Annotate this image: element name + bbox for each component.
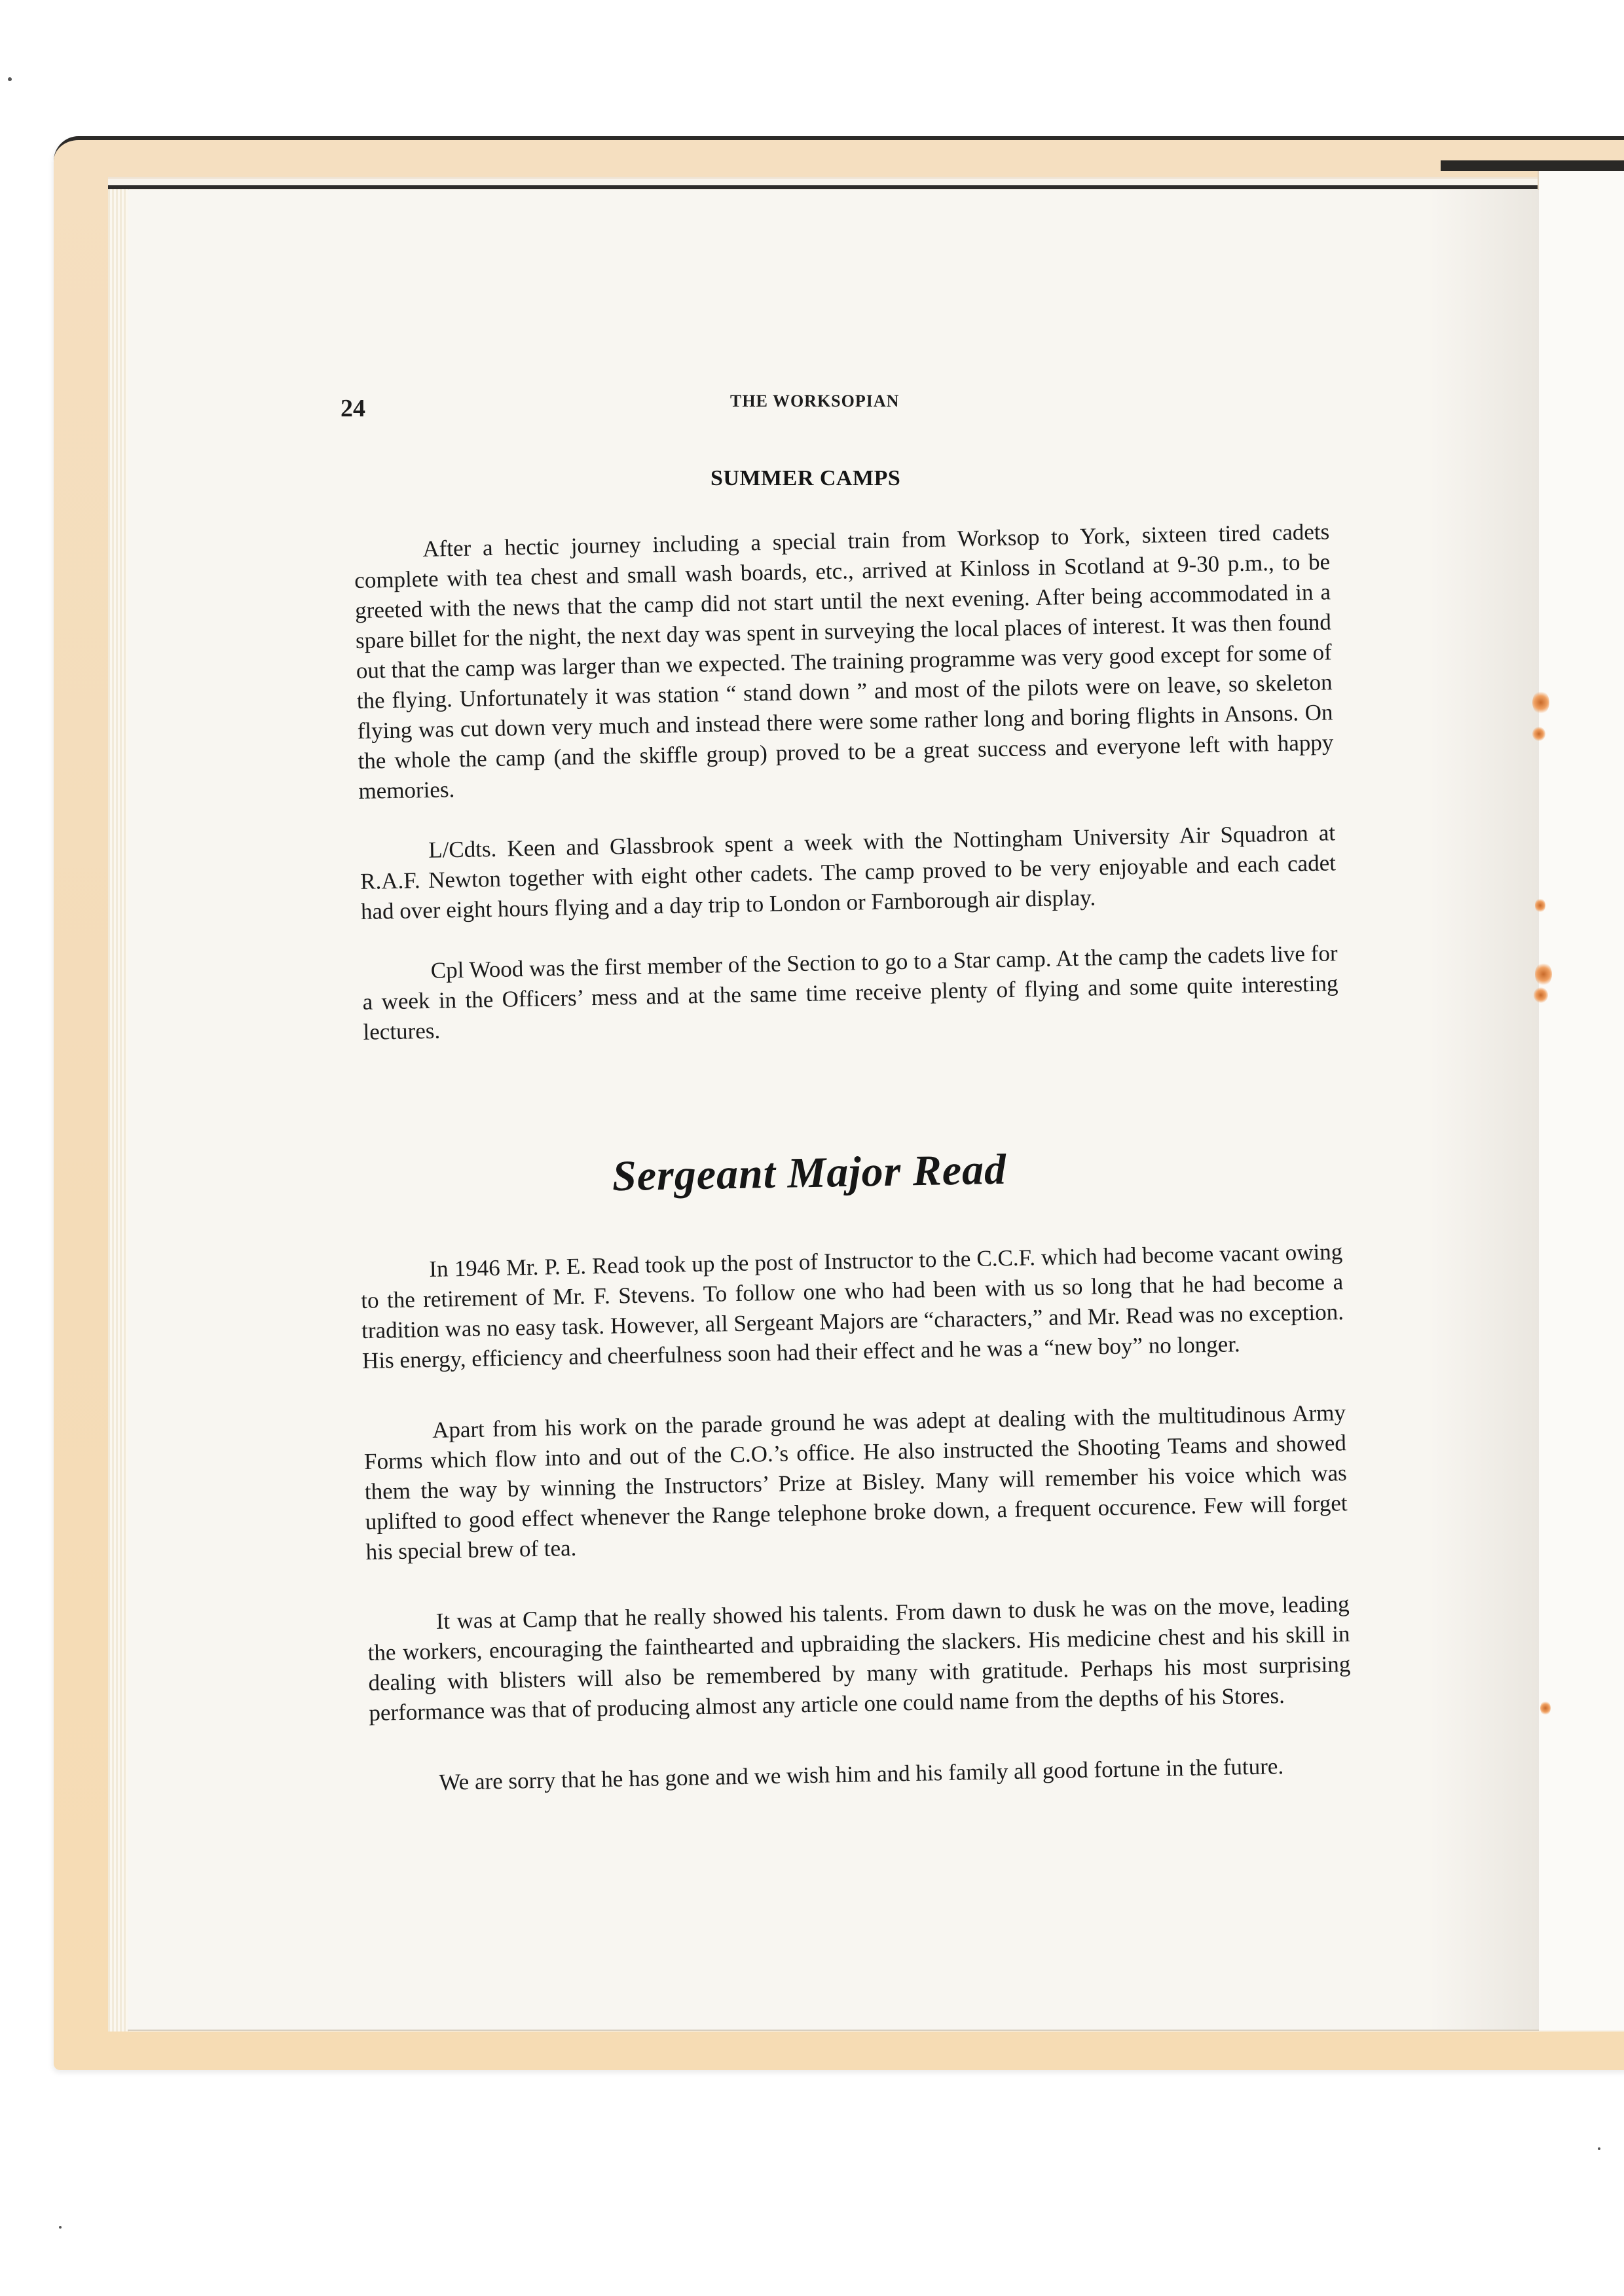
- section-heading-summer-camps: SUMMER CAMPS: [710, 466, 900, 491]
- page-number: 24: [341, 394, 365, 423]
- paragraph: Apart from his work on the parade ground…: [363, 1398, 1348, 1567]
- summer-camps-body: After a hectic journey including a speci…: [354, 517, 1339, 1047]
- sergeant-major-read-body: In 1946 Mr. P. E. Read took up the post …: [360, 1237, 1353, 1799]
- facing-page-edge: [1538, 171, 1624, 2030]
- scan-speck: [59, 2226, 62, 2229]
- scan-speck: [8, 77, 12, 81]
- rust-stain: [1535, 898, 1545, 913]
- journal-title: THE WORKSOPIAN: [730, 392, 899, 411]
- rust-stain: [1540, 1701, 1551, 1715]
- paragraph: L/Cdts. Keen and Glassbrook spent a week…: [360, 818, 1337, 927]
- rust-stain: [1532, 727, 1545, 741]
- cover-edge: [1441, 160, 1624, 171]
- rust-stain: [1534, 987, 1548, 1003]
- rust-stain: [1535, 962, 1552, 986]
- gutter-shadow: [1428, 190, 1539, 2030]
- paragraph: Cpl Wood was the first member of the Sec…: [361, 938, 1338, 1048]
- paragraph: After a hectic journey including a speci…: [354, 517, 1335, 807]
- feature-title-sergeant-major-read: Sergeant Major Read: [612, 1145, 1006, 1201]
- rust-stain: [1532, 691, 1549, 714]
- paragraph: It was at Camp that he really showed his…: [367, 1589, 1351, 1728]
- scan-speck: [1598, 2147, 1600, 2150]
- paragraph: In 1946 Mr. P. E. Read took up the post …: [360, 1237, 1344, 1376]
- running-head: 24 THE WORKSOPIAN: [341, 392, 1362, 418]
